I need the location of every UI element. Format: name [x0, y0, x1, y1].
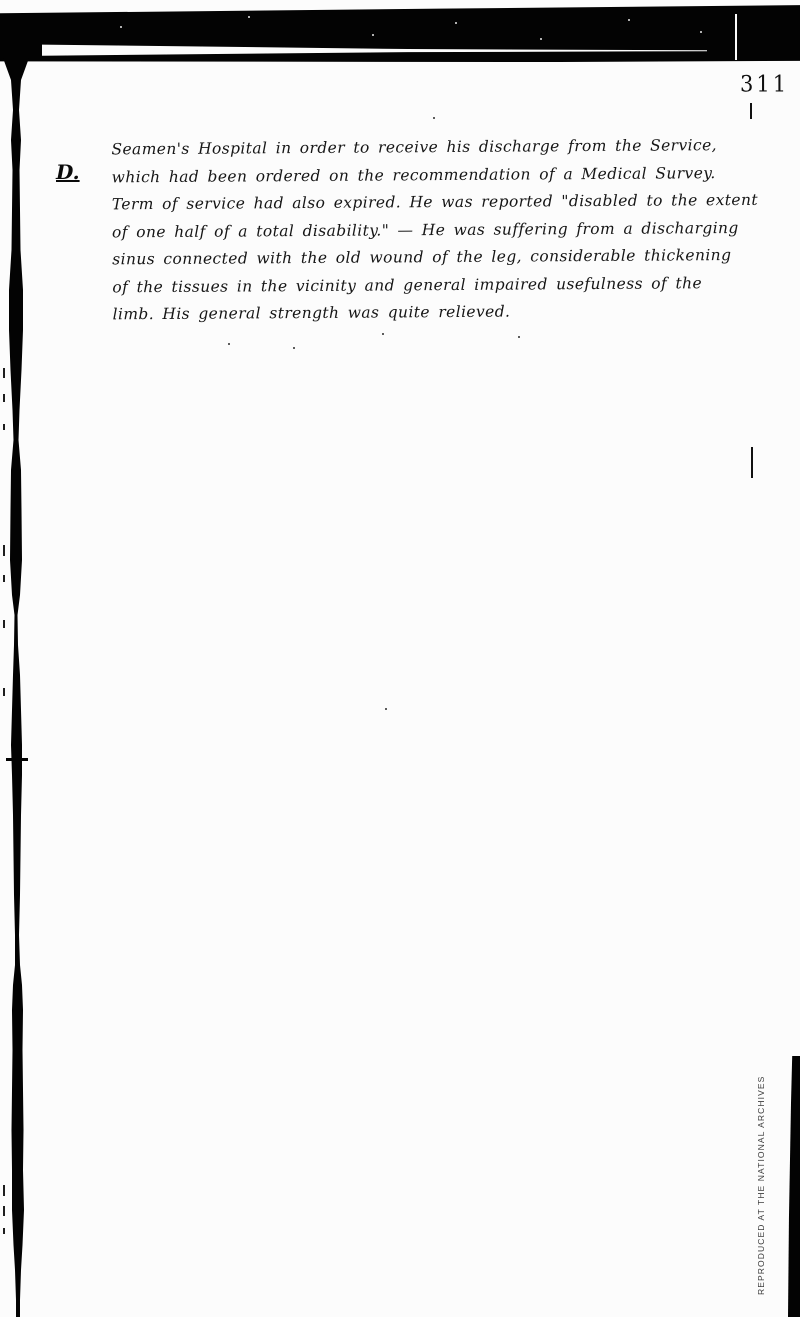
- ink-speck: [228, 343, 230, 345]
- scan-noise-dot: [120, 26, 122, 28]
- scanner-right-edge-strip: [788, 1056, 800, 1317]
- scan-noise-dot: [248, 16, 250, 18]
- edge-dash-mark: [3, 1185, 5, 1196]
- edge-dash-mark: [3, 1228, 5, 1234]
- handwriting-line: of the tissues in the vicinity and gener…: [112, 269, 784, 301]
- handwriting-line: limb. His general strength was quite rel…: [112, 297, 784, 329]
- edge-dash-mark: [3, 1206, 5, 1216]
- scanned-manuscript-page: 311 D. Seamen's Hospital in order to rec…: [0, 0, 800, 1317]
- handwriting-line: Seamen's Hospital in order to receive hi…: [111, 132, 783, 164]
- ink-speck: [518, 336, 520, 338]
- handwriting-line: Term of service had also expired. He was…: [112, 187, 784, 219]
- ink-speck: [293, 347, 295, 349]
- margin-label: D.: [56, 160, 80, 184]
- archive-stamp-text: REPRODUCED AT THE NATIONAL ARCHIVES: [756, 1139, 768, 1295]
- handwriting-line: sinus connected with the old wound of th…: [112, 242, 784, 274]
- binding-edge-stripe: [0, 0, 36, 1317]
- edge-dash-mark: [3, 688, 5, 696]
- edge-dash-mark: [3, 368, 5, 378]
- scanner-band-white-line: [735, 14, 737, 60]
- edge-dash-mark: [3, 545, 5, 556]
- scan-noise-dot: [372, 34, 374, 36]
- pagenum-tick-mark: [750, 103, 752, 119]
- vertical-tick-mark: [751, 447, 753, 478]
- handwritten-paragraph: Seamen's Hospital in order to receive hi…: [111, 132, 784, 329]
- scan-noise-dot: [628, 19, 630, 21]
- ink-speck: [385, 708, 387, 710]
- edge-dash-mark: [3, 424, 5, 430]
- edge-dash-mark: [3, 620, 5, 628]
- scan-noise-dot: [540, 38, 542, 40]
- scan-noise-dot: [700, 31, 702, 33]
- ink-speck: [382, 333, 384, 335]
- ink-speck: [433, 117, 435, 119]
- edge-dash-mark: [3, 575, 5, 582]
- edge-dash-mark: [3, 394, 5, 402]
- page-number: 311: [740, 71, 789, 96]
- scan-noise-dot: [455, 22, 457, 24]
